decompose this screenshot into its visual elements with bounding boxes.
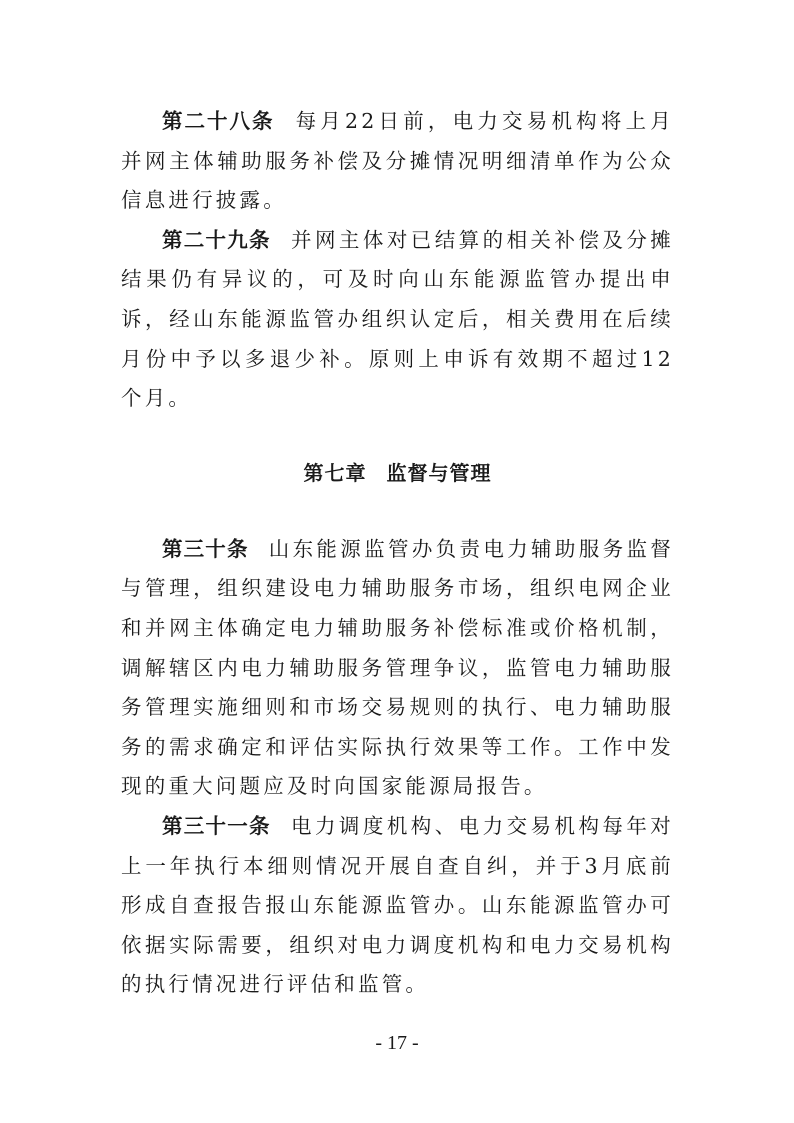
article-29: 第二十九条并网主体对已结算的相关补偿及分摊结果仍有异议的，可及时向山东能源监管办…	[121, 221, 674, 419]
chapter-heading: 第七章监督与管理	[121, 457, 674, 486]
article-label: 第三十条	[162, 537, 249, 561]
article-text: 并网主体对已结算的相关补偿及分摊结果仍有异议的，可及时向山东能源监管办提出申诉，…	[121, 228, 674, 410]
article-31: 第三十一条电力调度机构、电力交易机构每年对上一年执行本细则情况开展自查自纠，并于…	[121, 807, 674, 1005]
article-label: 第二十八条	[162, 109, 275, 133]
article-30: 第三十条山东能源监管办负责电力辅助服务监督与管理，组织建设电力辅助服务市场，组织…	[121, 530, 674, 807]
article-label: 第二十九条	[162, 228, 271, 252]
chapter-number: 第七章	[304, 461, 367, 485]
article-text: 山东能源监管办负责电力辅助服务监督与管理，组织建设电力辅助服务市场，组织电网企业…	[121, 537, 674, 799]
article-28: 第二十八条每月22日前，电力交易机构将上月并网主体辅助服务补偿及分摊情况明细清单…	[121, 102, 674, 221]
document-page: 第二十八条每月22日前，电力交易机构将上月并网主体辅助服务补偿及分摊情况明细清单…	[121, 102, 674, 1005]
article-text: 电力调度机构、电力交易机构每年对上一年执行本细则情况开展自查自纠，并于3月底前形…	[121, 814, 674, 996]
article-label: 第三十一条	[162, 814, 271, 838]
chapter-title: 监督与管理	[387, 461, 492, 485]
page-number: - 17 -	[0, 1032, 794, 1055]
